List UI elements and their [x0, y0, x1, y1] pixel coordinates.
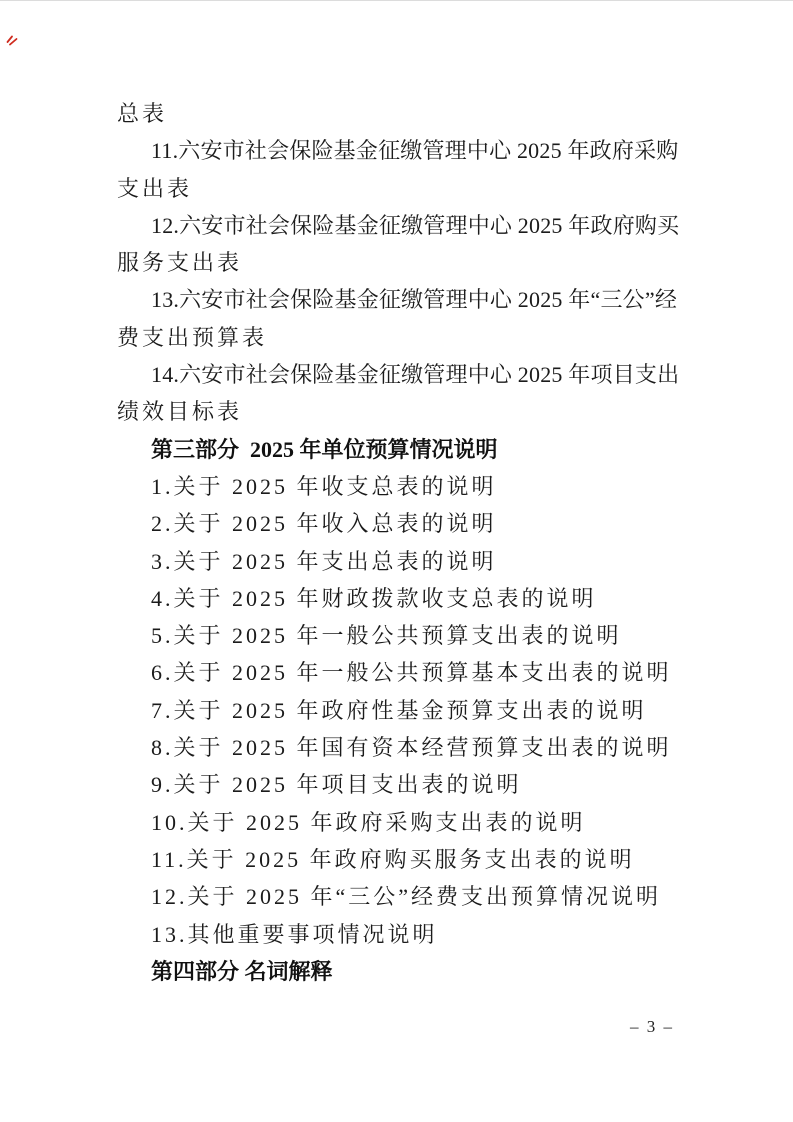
document-line: 支出表 — [117, 170, 683, 207]
document-page: 总表11.六安市社会保险基金征缴管理中心 2025 年政府采购支出表12.六安市… — [0, 0, 793, 1122]
document-line: 13.其他重要事项情况说明 — [117, 916, 683, 953]
document-line: 3.关于 2025 年支出总表的说明 — [117, 543, 683, 580]
page-top-edge — [0, 0, 793, 1]
document-line: 11.六安市社会保险基金征缴管理中心 2025 年政府采购 — [117, 132, 683, 169]
document-line: 13.六安市社会保险基金征缴管理中心 2025 年“三公”经 — [117, 281, 683, 318]
document-line: 9.关于 2025 年项目支出表的说明 — [117, 766, 683, 803]
document-line: 费支出预算表 — [117, 319, 683, 356]
document-line: 10.关于 2025 年政府采购支出表的说明 — [117, 804, 683, 841]
document-line: 12.六安市社会保险基金征缴管理中心 2025 年政府购买 — [117, 207, 683, 244]
document-line: 5.关于 2025 年一般公共预算支出表的说明 — [117, 617, 683, 654]
table-of-contents: 总表11.六安市社会保险基金征缴管理中心 2025 年政府采购支出表12.六安市… — [117, 95, 683, 990]
document-line: 绩效目标表 — [117, 393, 683, 430]
red-annotation-mark — [6, 35, 18, 46]
document-line: 14.六安市社会保险基金征缴管理中心 2025 年项目支出 — [117, 356, 683, 393]
document-line: 8.关于 2025 年国有资本经营预算支出表的说明 — [117, 729, 683, 766]
document-line: 6.关于 2025 年一般公共预算基本支出表的说明 — [117, 654, 683, 691]
document-line: 总表 — [117, 95, 683, 132]
section-heading: 第三部分 2025 年单位预算情况说明 — [117, 431, 683, 468]
document-line: 11.关于 2025 年政府购买服务支出表的说明 — [117, 841, 683, 878]
document-line: 7.关于 2025 年政府性基金预算支出表的说明 — [117, 692, 683, 729]
document-line: 12.关于 2025 年“三公”经费支出预算情况说明 — [117, 878, 683, 915]
section-heading: 第四部分 名词解释 — [117, 953, 683, 990]
document-line: 2.关于 2025 年收入总表的说明 — [117, 505, 683, 542]
document-line: 1.关于 2025 年收支总表的说明 — [117, 468, 683, 505]
document-line: 服务支出表 — [117, 244, 683, 281]
document-line: 4.关于 2025 年财政拨款收支总表的说明 — [117, 580, 683, 617]
page-number: – 3 – — [622, 1017, 682, 1037]
